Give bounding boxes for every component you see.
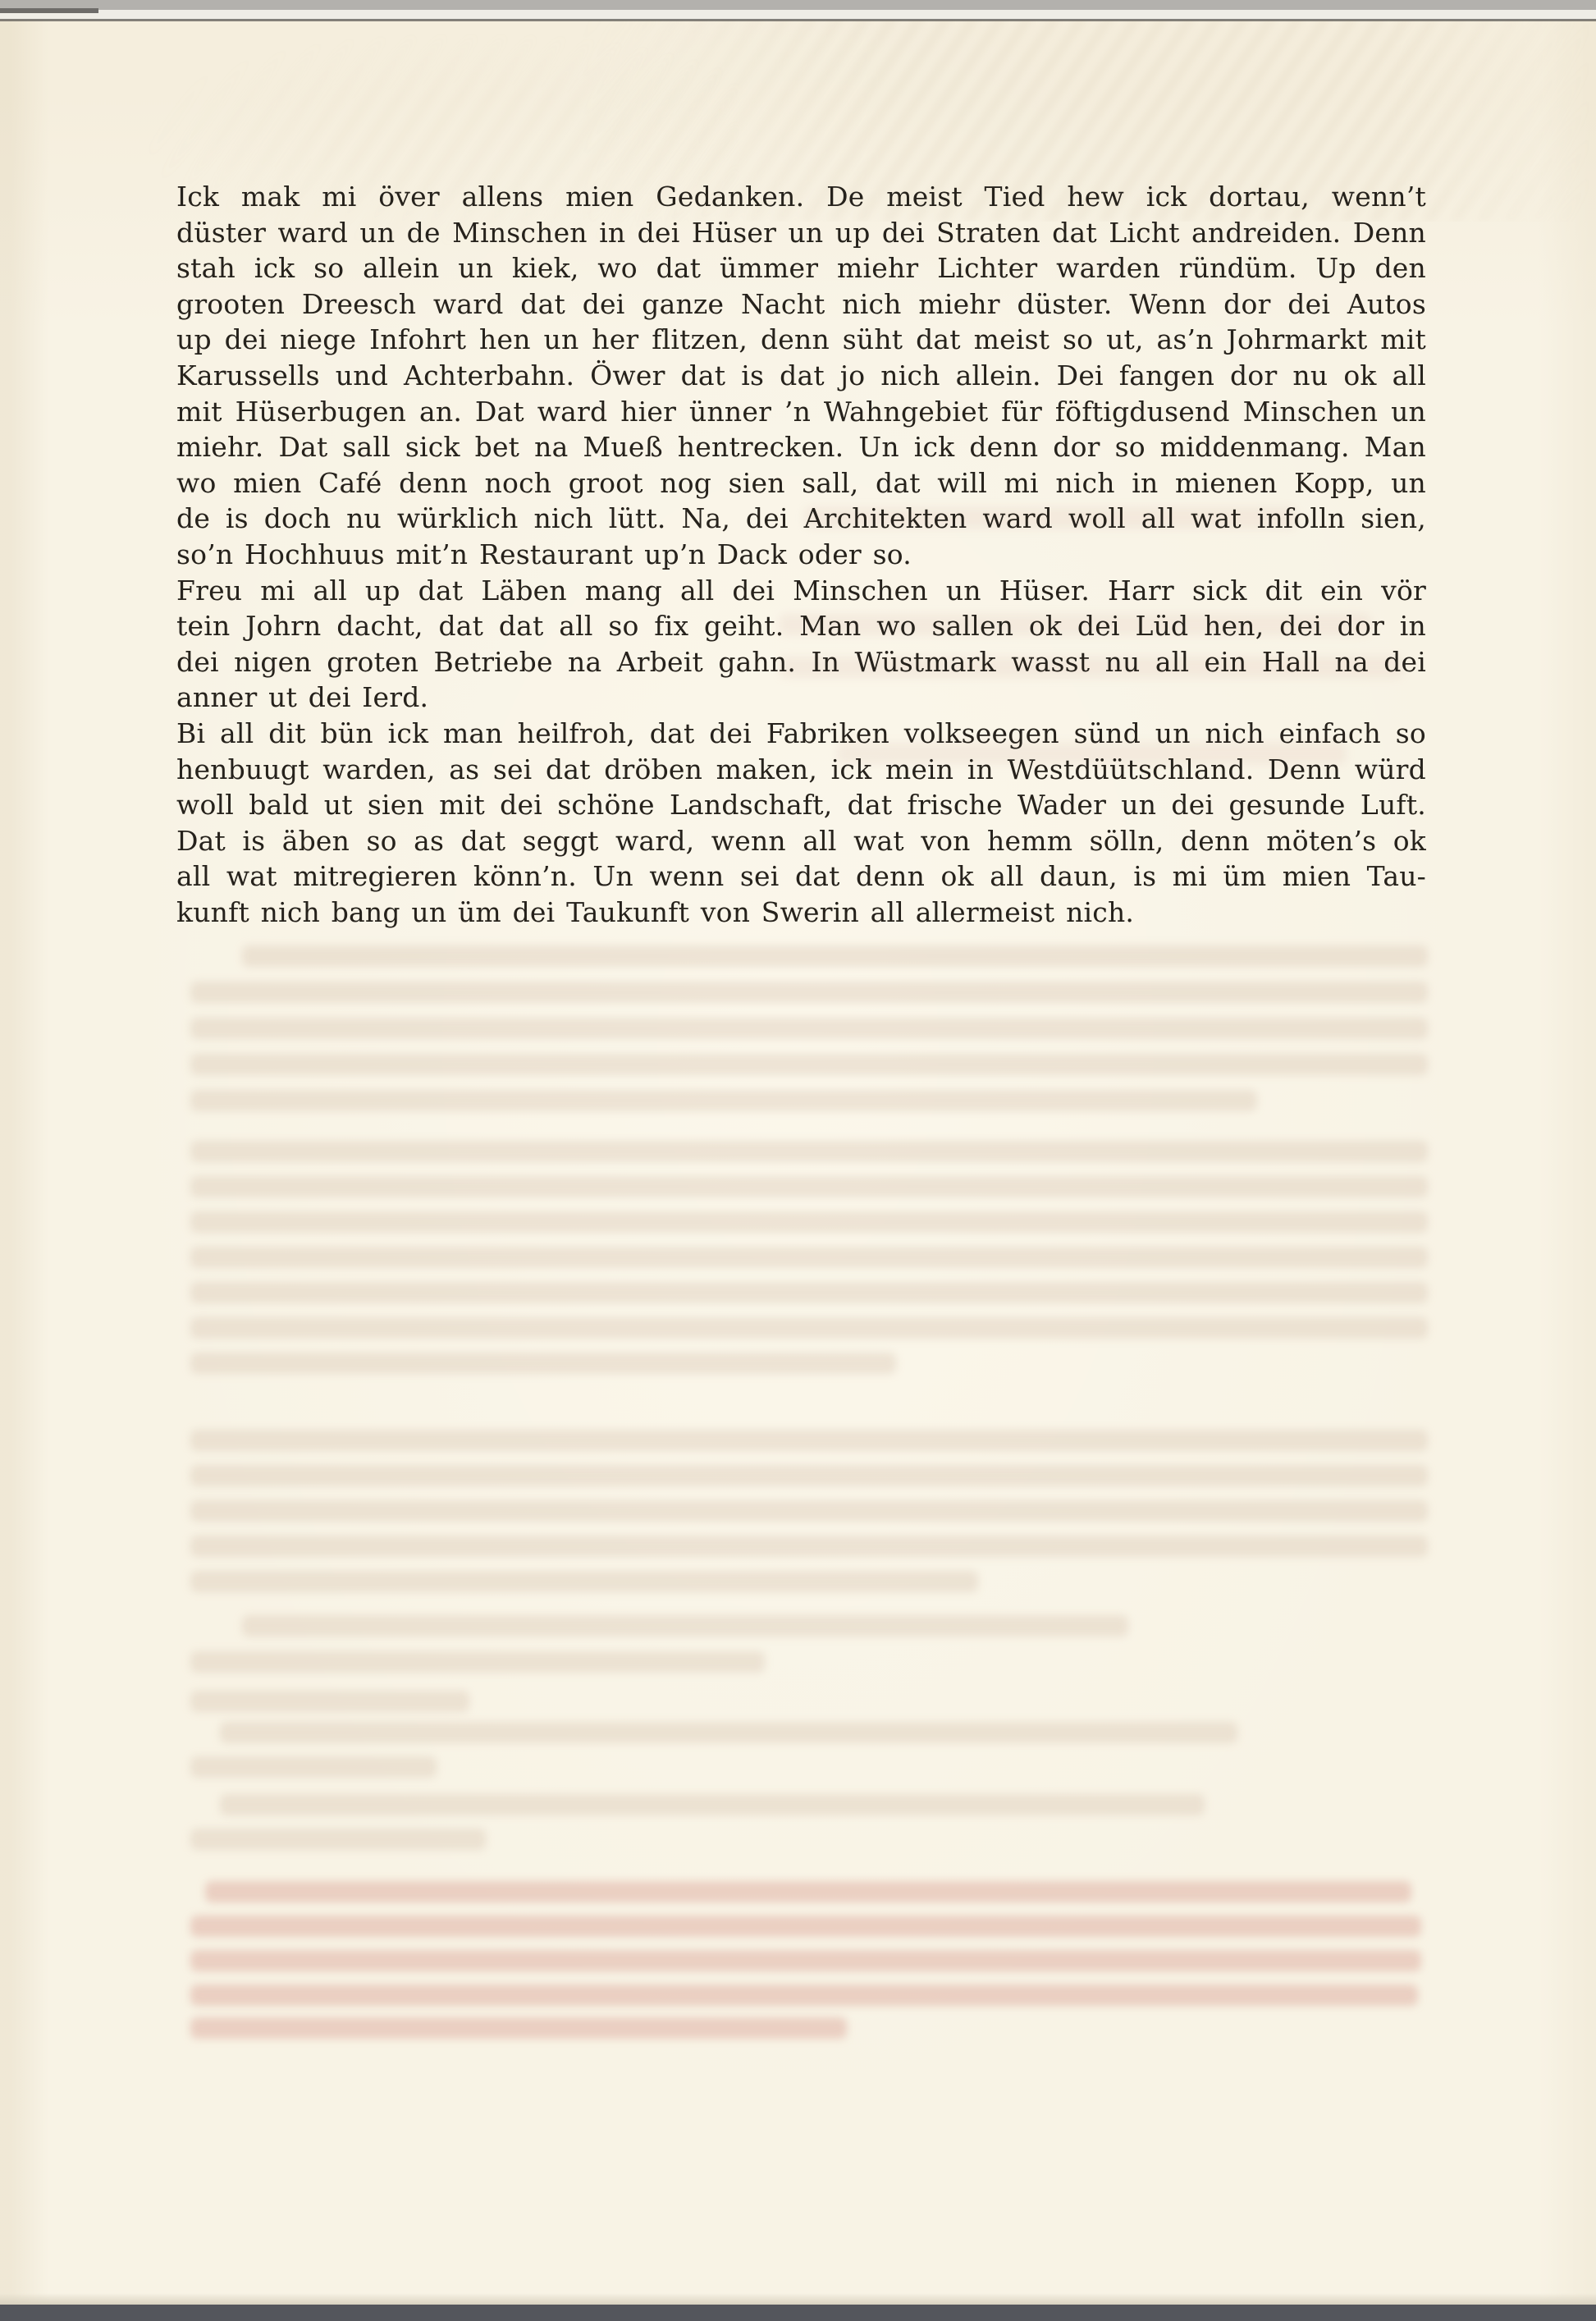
bleed-through-line xyxy=(190,1430,1428,1451)
paragraph: Freu mi all up dat Läben mang all dei Mi… xyxy=(176,573,1426,716)
bleed-through-line xyxy=(190,1756,437,1778)
bleed-through-line xyxy=(190,1211,1428,1233)
text-line: anner ut dei Ierd. xyxy=(176,680,1426,716)
bleed-through-line xyxy=(190,982,1428,1003)
bleed-through-line xyxy=(205,1881,1411,1902)
bleed-through-line xyxy=(220,1722,1237,1743)
paper-top-edge-shadow xyxy=(0,19,1596,21)
text-line: Ick mak mi över allens mien Gedanken. De… xyxy=(176,179,1426,215)
scanned-page: Ick mak mi över allens mien Gedanken. De… xyxy=(0,0,1596,2321)
text-line: Karussells und Achterbahn. Öwer dat is d… xyxy=(176,358,1426,394)
text-line: grooten Dreesch ward dat dei ganze Nacht… xyxy=(176,286,1426,323)
bleed-through-line xyxy=(190,1176,1428,1197)
text-line: so’n Hochhuus mit’n Restaurant up’n Dack… xyxy=(176,537,1426,573)
scanner-edge-top xyxy=(0,0,1596,10)
paper-top-corner-mark xyxy=(0,8,98,13)
text-line: Dat is äben so as dat seggt ward, wenn a… xyxy=(176,823,1426,859)
bleed-through-line xyxy=(190,1018,1428,1039)
bleed-through-line xyxy=(190,1465,1428,1486)
bleed-through-line xyxy=(190,2017,847,2039)
text-line: stah ick so allein un kiek, wo dat ümmer… xyxy=(176,250,1426,286)
bleed-through-line xyxy=(190,1536,1428,1557)
bleed-through-line xyxy=(220,1794,1205,1815)
paper-bottom-shadow xyxy=(0,2293,1596,2305)
bleed-through-line xyxy=(190,1500,1428,1522)
text-line: henbuugt warden, as sei dat dröben maken… xyxy=(176,752,1426,788)
text-line: tein Johrn dacht, dat dat all so fix gei… xyxy=(176,608,1426,644)
bleed-through-line xyxy=(190,1353,896,1374)
text-line: Bi all dit bün ick man heilfroh, dat dei… xyxy=(176,716,1426,752)
paragraph: Ick mak mi över allens mien Gedanken. De… xyxy=(176,179,1426,573)
bleed-through-line xyxy=(190,1317,1428,1339)
text-line: dei nigen groten Betriebe na Arbeit gahn… xyxy=(176,644,1426,680)
text-line: up dei niege Infohrt hen un her flitzen,… xyxy=(176,322,1426,358)
text-line: Freu mi all up dat Läben mang all dei Mi… xyxy=(176,573,1426,609)
body-text: Ick mak mi över allens mien Gedanken. De… xyxy=(176,179,1426,930)
text-line: all wat mitregieren könn’n. Un wenn sei … xyxy=(176,858,1426,895)
text-line: woll bald ut sien mit dei schöne Landsch… xyxy=(176,787,1426,823)
bleed-through-line xyxy=(190,1090,1257,1111)
bleed-through-line xyxy=(190,1247,1428,1268)
text-line: wo mien Café denn noch groot nog sien sa… xyxy=(176,465,1426,501)
bleed-through-line xyxy=(190,1054,1428,1075)
text-line: kunft nich bang un üm dei Taukunft von S… xyxy=(176,895,1426,931)
bleed-through-line xyxy=(242,945,1428,967)
bleed-through-line xyxy=(190,1985,1418,2006)
scanner-edge-bottom xyxy=(0,2305,1596,2321)
bleed-through-line xyxy=(242,1615,1128,1637)
text-line: de is doch nu würklich nich lütt. Na, de… xyxy=(176,501,1426,537)
paragraph: Bi all dit bün ick man heilfroh, dat dei… xyxy=(176,716,1426,931)
bleed-through-line xyxy=(190,1651,765,1673)
bleed-through-line xyxy=(190,1691,469,1712)
text-line: düster ward un de Minschen in dei Hüser … xyxy=(176,215,1426,251)
text-line: miehr. Dat sall sick bet na Mueß hentrec… xyxy=(176,429,1426,465)
bleed-through-line xyxy=(190,1829,486,1850)
bleed-through-line xyxy=(190,1950,1421,1971)
bleed-through-line xyxy=(190,1571,978,1592)
bleed-through-line xyxy=(190,1282,1428,1303)
text-line: mit Hüserbugen an. Dat ward hier ünner ’… xyxy=(176,394,1426,430)
bleed-through-line xyxy=(190,1916,1421,1937)
bleed-through-line xyxy=(190,1141,1428,1162)
